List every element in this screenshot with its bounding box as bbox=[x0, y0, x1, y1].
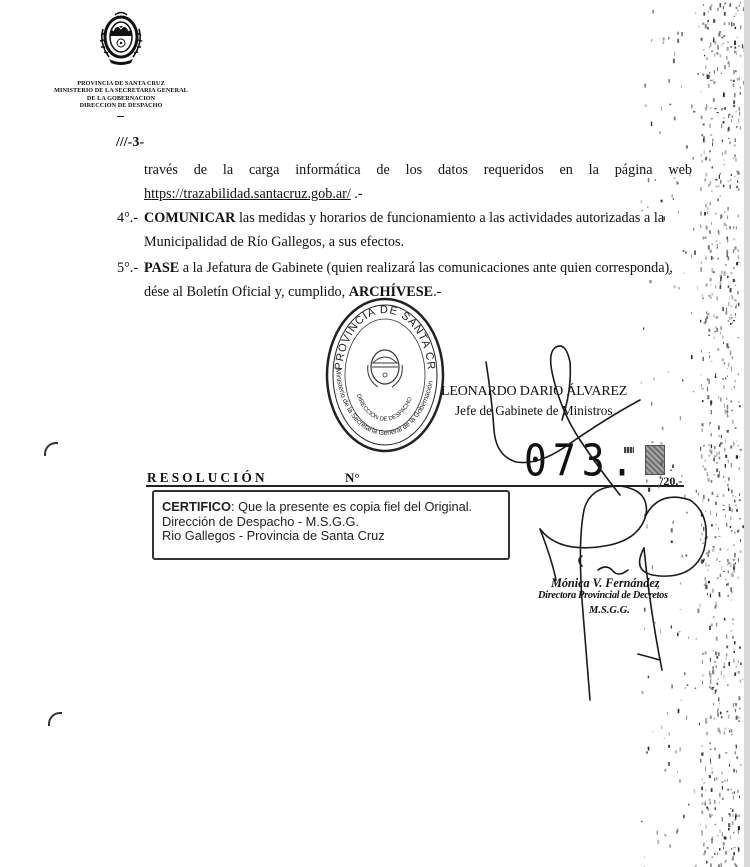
article-5-text: a la Jefatura de Gabinete (quien realiza… bbox=[179, 260, 673, 276]
certification-text: : Que la presente es copia fiel del Orig… bbox=[231, 499, 472, 514]
letterhead-line: DE LA GOBERNACION bbox=[40, 95, 202, 102]
page-marker: ///-3- bbox=[116, 135, 144, 151]
article-4-keyword: COMUNICAR bbox=[144, 210, 235, 226]
continuation-link-line: https://trazabilidad.santacruz.gob.ar/ .… bbox=[144, 182, 363, 206]
trazabilidad-link[interactable]: https://trazabilidad.santacruz.gob.ar/ bbox=[144, 186, 351, 202]
letterhead-line: MINISTERIO DE LA SECRETARIA GENERAL bbox=[40, 87, 202, 94]
signatory-name: LEONARDO DARIO ÁLVAREZ bbox=[441, 383, 627, 400]
certifier-role: Directora Provincial de Decretos bbox=[538, 590, 668, 601]
signatory-role: Jefe de Gabinete de Ministros bbox=[455, 402, 612, 419]
resolution-number-label: N° bbox=[345, 470, 360, 486]
letterhead-line: PROVINCIA DE SANTA CRUZ bbox=[40, 80, 202, 87]
letterhead: PROVINCIA DE SANTA CRUZ MINISTERIO DE LA… bbox=[40, 80, 202, 109]
article-4-line-2: Municipalidad de Río Gallegos, a sus efe… bbox=[144, 234, 404, 250]
certification-keyword: CERTIFICO bbox=[162, 499, 231, 514]
certification-stamp: CERTIFICO: Que la presente es copia fiel… bbox=[152, 490, 510, 560]
certification-line-3: Rio Gallegos - Provincia de Santa Cruz bbox=[162, 529, 508, 544]
article-5-keyword: PASE bbox=[144, 260, 179, 276]
coat-of-arms-icon bbox=[95, 9, 147, 71]
link-suffix: .- bbox=[351, 186, 363, 202]
article-5-line-2-prefix: dése al Boletín Oficial y, cumplido, bbox=[144, 284, 349, 300]
stamp-bottom-text: DIRECCION DE DESPACHO bbox=[355, 393, 414, 423]
certifier-org: M.S.G.G. bbox=[589, 605, 630, 616]
stamp-smudge bbox=[624, 447, 634, 453]
letterhead-line: DIRECCION DE DESPACHO bbox=[40, 102, 202, 109]
stamp-smudge bbox=[645, 445, 665, 475]
scan-noise bbox=[640, 0, 744, 867]
resolution-number: 073. bbox=[524, 435, 640, 486]
article-5-number: 5°.- bbox=[117, 256, 138, 280]
viewer-edge bbox=[744, 0, 750, 867]
article-4-line-1: COMUNICAR las medidas y horarios de func… bbox=[144, 206, 689, 230]
scan-corner-mark bbox=[44, 442, 58, 456]
scan-corner-mark bbox=[48, 712, 62, 726]
svg-text:DIRECCION DE DESPACHO: DIRECCION DE DESPACHO bbox=[355, 393, 414, 423]
resolution-underline bbox=[146, 485, 684, 487]
letterhead-divider bbox=[117, 116, 124, 117]
continuation-line: través de la carga informática de los da… bbox=[144, 158, 692, 182]
article-4: COMUNICAR las medidas y horarios de func… bbox=[144, 206, 689, 254]
certification-line-1: CERTIFICO: Que la presente es copia fiel… bbox=[162, 500, 508, 515]
certifier-name: Mónica V. Fernández bbox=[551, 576, 659, 591]
seal-stamp-icon: PROVINCIA DE SANTA CRUZ Ministerio de la… bbox=[320, 295, 450, 455]
article-4-text: las medidas y horarios de funcionamiento… bbox=[235, 210, 664, 226]
document-page: PROVINCIA DE SANTA CRUZ MINISTERIO DE LA… bbox=[0, 0, 744, 867]
certification-line-2: Dirección de Despacho - M.S.G.G. bbox=[162, 515, 508, 530]
article-5-line-1: PASE a la Jefatura de Gabinete (quien re… bbox=[144, 256, 694, 280]
article-4-number: 4°.- bbox=[117, 206, 138, 230]
resolution-label: RESOLUCIÓN bbox=[147, 470, 268, 486]
